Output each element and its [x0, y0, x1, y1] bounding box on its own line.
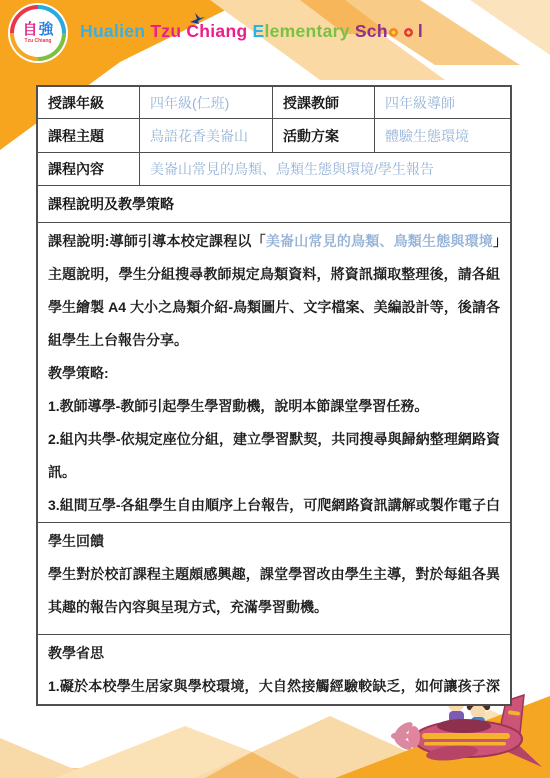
table-row: 學生回饋 學生對於校訂課程主題頗感興趣，課堂學習改由學生主導，對於每組各異其趣的… [38, 523, 510, 635]
field-label-teacher: 授課教師 [272, 87, 374, 118]
field-label-theme: 課程主題 [38, 119, 139, 152]
school-logo-characters: 自 強 [22, 22, 53, 37]
school-logo: 自 強 Tzu Chiang [10, 5, 66, 61]
student-feedback-cell: 學生回饋 學生對於校訂課程主題頗感興趣，課堂學習改由學生主導，對於每組各異其趣的… [38, 523, 510, 634]
school-logo-inner: 自 強 Tzu Chiang [14, 9, 62, 57]
wordmark-elementary-initial: E [252, 21, 264, 41]
wordmark-elementary-rest: lementary [264, 21, 349, 41]
wordmark-school-suffix: l [418, 21, 423, 41]
teaching-reflection-cell: 教學省思 1.礙於本校學生居家與學校環境，大自然接觸經驗較缺乏，如何讓孩子深刻認… [38, 635, 510, 704]
wordmark-tzu: Tzu [150, 21, 181, 41]
table-row: 教學省思 1.礙於本校學生居家與學校環境，大自然接觸經驗較缺乏，如何讓孩子深刻認… [38, 635, 510, 704]
flower-icon [404, 28, 413, 37]
bird-icon [188, 12, 206, 24]
student-feedback-body: 學生對於校訂課程主題頗感興趣，課堂學習改由學生主導，對於每組各異其趣的報告內容與… [48, 558, 500, 624]
wordmark-chiang: Chiang [186, 21, 247, 41]
teaching-reflection-title: 教學省思 [48, 637, 500, 670]
course-description-cell: 課程說明:導師引導本校定課程以「美崙山常見的鳥類、鳥類生態與環境」主題說明，學生… [38, 223, 510, 522]
field-value-activity: 體驗生態環境 [374, 119, 510, 152]
section-title-course-description: 課程說明及教學策略 [38, 186, 510, 222]
document-page: 自 強 Tzu Chiang HualienTzuChiangElementar… [0, 0, 550, 778]
field-label-grade: 授課年級 [38, 87, 139, 118]
school-wordmark: HualienTzuChiangElementarySchl [80, 21, 423, 42]
table-row: 授課年級 四年級(仁班) 授課教師 四年級導師 [38, 87, 510, 119]
strategy-item-3: 3.組間互學-各組學生自由順序上台報告，可爬網路資訊講解或製作電子白板筆記 [48, 489, 500, 522]
field-value-content: 美崙山常見的鳥類、鳥類生態與環境/學生報告 [139, 153, 510, 185]
field-value-grade: 四年級(仁班) [139, 87, 272, 118]
strategy-item-1: 1.教師導學-教師引起學生學習動機，說明本節課堂學習任務。 [48, 390, 500, 423]
logo-character-1: 自 [22, 22, 37, 37]
field-value-theme: 鳥語花香美崙山 [139, 119, 272, 152]
description-text: 課程說明:導師引導本校定課程以「 [48, 233, 266, 249]
lesson-plan-table: 授課年級 四年級(仁班) 授課教師 四年級導師 課程主題 鳥語花香美崙山 活動方… [36, 85, 512, 706]
teaching-reflection-body: 1.礙於本校學生居家與學校環境，大自然接觸經驗較缺乏，如何讓孩子深刻認識鳥 [48, 670, 500, 704]
table-row: 課程主題 鳥語花香美崙山 活動方案 體驗生態環境 [38, 119, 510, 153]
strategies-title: 教學策略: [48, 357, 500, 390]
flower-icon [389, 28, 398, 37]
wordmark-school-prefix: Sch [355, 21, 388, 41]
table-row: 課程說明及教學策略 [38, 186, 510, 223]
course-description-paragraph: 課程說明:導師引導本校定課程以「美崙山常見的鳥類、鳥類生態與環境」主題說明，學生… [48, 225, 500, 357]
description-highlight: 美崙山常見的鳥類、鳥類生態與環境 [266, 233, 493, 249]
table-row: 課程說明:導師引導本校定課程以「美崙山常見的鳥類、鳥類生態與環境」主題說明，學生… [38, 223, 510, 523]
table-row: 課程內容 美崙山常見的鳥類、鳥類生態與環境/學生報告 [38, 153, 510, 186]
logo-caption: Tzu Chiang [25, 39, 52, 44]
field-label-activity: 活動方案 [272, 119, 374, 152]
field-value-teacher: 四年級導師 [374, 87, 510, 118]
description-text: 」主題說明，學生分組搜尋教師規定鳥類資料，將資訊擷取整理後，請各組學生繪製 A4… [48, 233, 500, 348]
logo-character-2: 強 [39, 22, 54, 37]
field-label-content: 課程內容 [38, 153, 139, 185]
strategy-item-2: 2.組內共學-依規定座位分組，建立學習默契，共同搜尋與歸納整理網路資訊。 [48, 423, 500, 489]
student-feedback-title: 學生回饋 [48, 525, 500, 558]
wordmark-hualien: Hualien [80, 21, 145, 41]
